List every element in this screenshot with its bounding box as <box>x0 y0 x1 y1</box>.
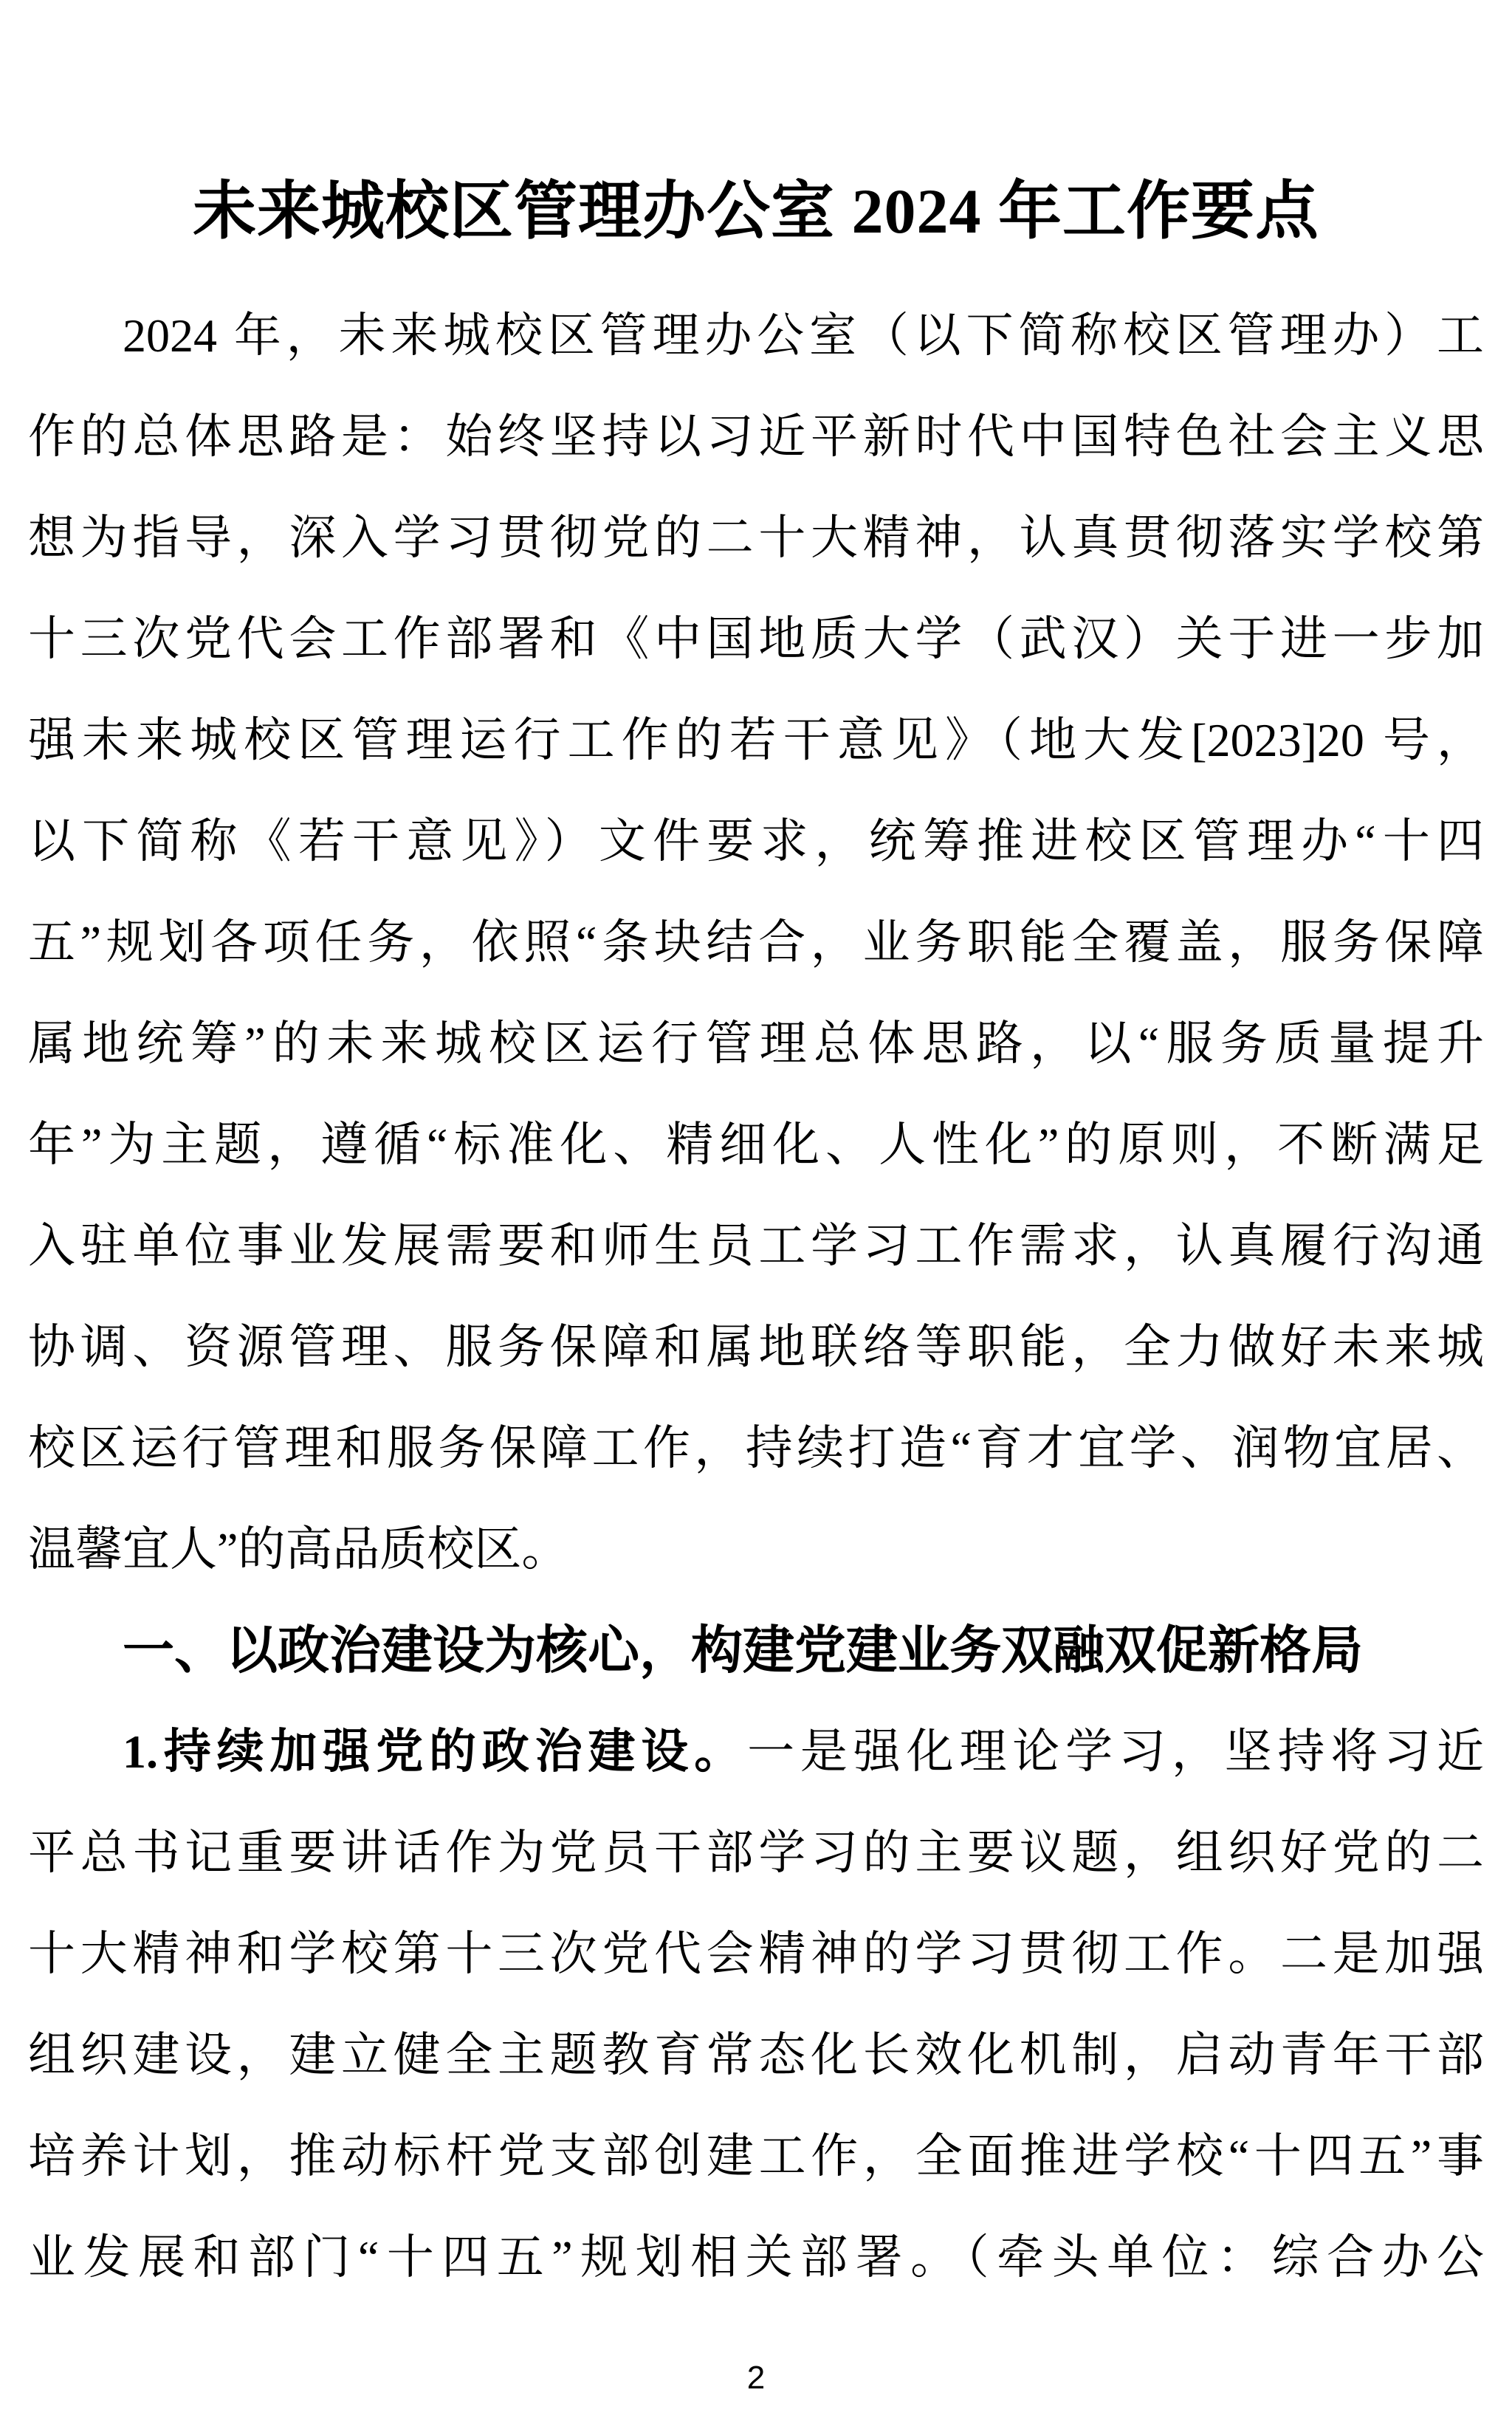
text-line: 想为指导，深入学习贯彻党的二十大精神，认真贯彻落实学校第 <box>28 487 1484 588</box>
text-line: 业发展和部门“十四五”规划相关部署。（牵头单位：综合办公 <box>28 2207 1484 2308</box>
text-line: 作的总体思路是：始终坚持以习近平新时代中国特色社会主义思 <box>28 386 1484 487</box>
text-line: 十大精神和学校第十三次党代会精神的学习贯彻工作。二是加强 <box>28 1903 1484 2005</box>
text-line: 以下简称《若干意见》）文件要求，统筹推进校区管理办“十四 <box>28 791 1484 892</box>
paragraph-bold-lead: 1.持续加强党的政治建设。 <box>123 1725 747 1778</box>
text-line: 校区运行管理和服务保障工作，持续打造“育才宜学、润物宜居、 <box>28 1398 1484 1499</box>
text-line: 组织建设，建立健全主题教育常态化长效化机制，启动青年干部 <box>28 2005 1484 2106</box>
text-line: 平总书记重要讲话作为党员干部学习的主要议题，组织好党的二 <box>28 1802 1484 1903</box>
document-body: 2024 年，未来城校区管理办公室（以下简称校区管理办）工作的总体思路是：始终坚… <box>28 285 1484 2308</box>
text-line: 入驻单位事业发展需要和师生员工学习工作需求，认真履行沟通 <box>28 1195 1484 1296</box>
text-line: 十三次党代会工作部署和《中国地质大学（武汉）关于进一步加 <box>28 588 1484 690</box>
document-title: 未来城校区管理办公室 2024 年工作要点 <box>0 0 1512 255</box>
text-line: 五”规划各项任务，依照“条块结合，业务职能全覆盖，服务保障 <box>28 892 1484 993</box>
text-line: 1.持续加强党的政治建设。一是强化理论学习，坚持将习近 <box>28 1701 1484 1802</box>
text-line: 2024 年，未来城校区管理办公室（以下简称校区管理办）工 <box>28 285 1484 386</box>
text-line: 年”为主题，遵循“标准化、精细化、人性化”的原则，不断满足 <box>28 1094 1484 1195</box>
document-page: 未来城校区管理办公室 2024 年工作要点 2024 年，未来城校区管理办公室（… <box>0 0 1512 2432</box>
text-line: 强未来城校区管理运行工作的若干意见》（地大发[2023]20 号， <box>28 690 1484 791</box>
text-line: 属地统筹”的未来城校区运行管理总体思路，以“服务质量提升 <box>28 993 1484 1094</box>
text-line: 培养计划，推动标杆党支部创建工作，全面推进学校“十四五”事 <box>28 2106 1484 2207</box>
section-heading: 一、以政治建设为核心，构建党建业务双融双促新格局 <box>28 1600 1484 1701</box>
text-line: 协调、资源管理、服务保障和属地联络等职能，全力做好未来城 <box>28 1296 1484 1398</box>
text-line: 温馨宜人”的高品质校区。 <box>28 1499 1484 1600</box>
page-number: 2 <box>0 2357 1512 2399</box>
